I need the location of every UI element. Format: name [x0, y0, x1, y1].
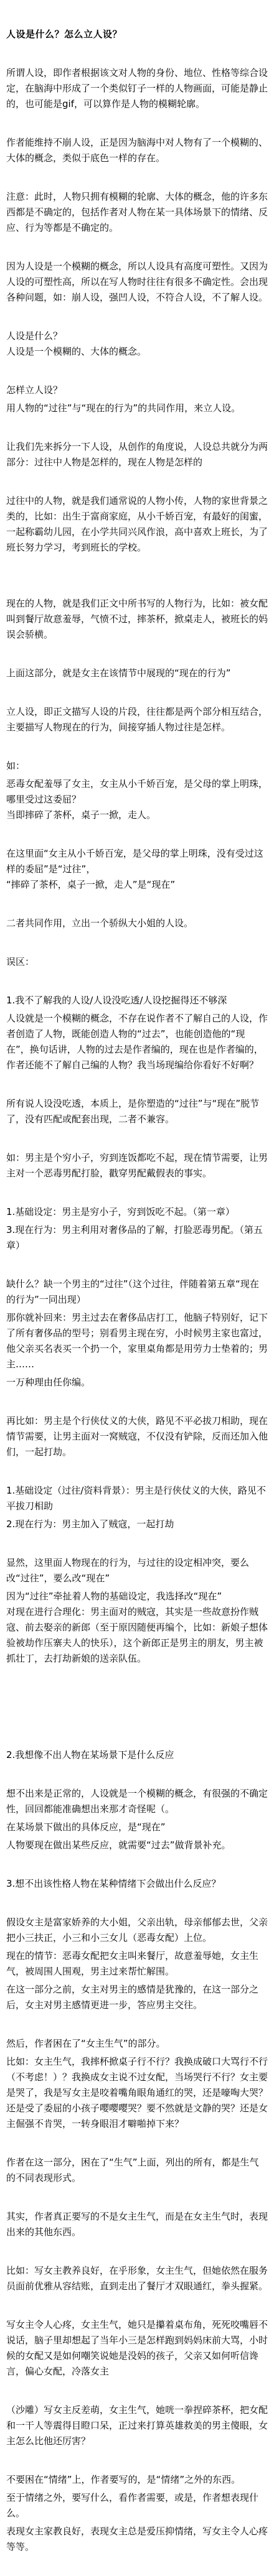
question-heading: 怎样立人设？: [6, 383, 268, 398]
paragraph: 在某场景下做出的具体反应，是“现在”: [6, 1820, 268, 1835]
question-heading: 人设是什么？: [6, 328, 268, 344]
paragraph: 比如：写女主教养良好，在乎形象，女主生气，但她依然在服务员面前优雅从容结账，直到…: [6, 2263, 268, 2294]
paragraph: 二者共同作用，立出一个骄纵大小姐的人设。: [6, 916, 268, 931]
paragraph: 过往中的人物，就是我们通常说的人物小传，人物的家世背景之类的，比如：出生于富商家…: [6, 493, 268, 556]
paragraph: 如：男主是个穷小子，穷到连饭都吃不起，现在情节需要，让男主对一个恶毒男配打脸，戳…: [6, 1150, 268, 1181]
paragraph: 所谓人设，即作者根据该文对人物的身份、地位、性格等综合设定，在脑海中形成了一个类…: [6, 65, 268, 112]
paragraph: 写女主令人心疼，女主生气，她只是攥着桌布角，死死咬嘴唇不说话，脑子里却想起了当年…: [6, 2317, 268, 2379]
paragraph: 显然，这里面人物现在的行为，与过往的设定相冲突，要么改“过往”，要么改“现在”: [6, 1555, 268, 1586]
paragraph: 比如：女主生气，我摔杯掀桌子行不行？我换成破口大骂行不行（不考虑！）？我换成女主…: [6, 2054, 268, 2132]
paragraph: 用人物的“过往”与“现在的行为”的共同作用，来立人设。: [6, 401, 268, 416]
paragraph: 人设是一个模糊的、大体的概念。: [6, 344, 268, 360]
paragraph: 其实，作者真正要写的不是女主生气，而是在女主生气时，表现出来的其他东西。: [6, 2209, 268, 2240]
paragraph: 上面这部分，就是女主在该情节中展现的“现在的行为”: [6, 666, 268, 681]
paragraph: 一万种理由任你编。: [6, 1375, 268, 1390]
paragraph: 所有说人设没吃透，本质上，是你塑造的“过往”与“现在”脱节了，没有匹配或配套出现…: [6, 1096, 268, 1127]
paragraph: 现在的情节：恶毒女配把女主叫来餐厅，故意羞辱她，女主生气，被周围人围观，男主过来…: [6, 1948, 268, 1979]
mistake-heading: 3.想不出该性格人物在某种情绪下会做出什么反应？: [6, 1876, 268, 1892]
paragraph: 在这一部分之前，女主对男主的感情是犹豫的，在这一部分之后，女主对男主感情更进一步…: [6, 1982, 268, 2013]
article-page: 人设是什么？怎么立人设？ 所谓人设，即作者根据该文对人物的身份、地位、性格等综合…: [0, 0, 274, 2576]
paragraph: “摔碎了茶杯，桌子一掀，走人”是“现在”: [6, 877, 268, 893]
mistake-heading: 2.我想像不出人物在某场景下是什么反应: [6, 1747, 268, 1763]
paragraph: 再比如：男主是个行侠仗义的大侠，路见不平必拔刀相助，现在情节需要，让男主面对一窝…: [6, 1413, 268, 1460]
paragraph: 表现女主家教良好，表现女主总是爱压抑情绪，写女主令人心疼等等。: [6, 2524, 268, 2555]
paragraph: 至于情绪之外，要写什么，看作者需要，或是，作者想表现什么。: [6, 2490, 268, 2521]
section-heading: 误区：: [6, 954, 268, 970]
paragraph: 恶毒女配羞辱了女主，女主从小千娇百宠，是父母的掌上明珠，哪里受过这委屈？: [6, 776, 268, 807]
paragraph: 立人设，即正文描写人设的片段，往往都是两个部分相互结合，主要描写人物现在的行为，…: [6, 704, 268, 735]
paragraph: 现在的人物，就是我们正文中所书写的人物行为，比如：被女配叫到餐厅故意羞辱，气愤不…: [6, 596, 268, 643]
paragraph: 在这里面“女主从小千娇百宠，是父母的掌上明珠，没有受过这样的委屈”是“过往”，: [6, 846, 268, 877]
paragraph: 假设女主是富家娇养的大小姐，父亲出轨，母亲郁郁去世，父亲把小三扶正，小三和小三女…: [6, 1915, 268, 1946]
paragraph: 人物要现在做出某些反应，就需要“过去”做背景补充。: [6, 1838, 268, 1853]
paragraph: 因为“过往”牵扯着人物的基础设定，我选择改“现在”: [6, 1589, 268, 1604]
list-item: 1.基础设定：男主是穷小子，穷到饭吃不起。（第一章）: [6, 1204, 268, 1220]
paragraph: 当即摔碎了茶杯，桌子一掀，走人。: [6, 807, 268, 823]
paragraph: 想不出来是正常的，人设就是一个模糊的概念，有很强的不确定性，回回都能准确想出来那…: [6, 1786, 268, 1817]
paragraph: 作者在这一部分，困在了“生气”上面，列出的所有，都是生气的不同表现形式。: [6, 2155, 268, 2186]
paragraph: 缺什么？缺一个男主的“过往”（这个过往，伴随着第五章“现在的行为”一同出现）: [6, 1276, 268, 1308]
list-item: 2.现在行为：男主加入了贼寇，一起打劫: [6, 1517, 268, 1532]
paragraph: 人设就是一个模糊的概念，不存在说作者不了解自己的人设，作者创造了人物，既能创造人…: [6, 1011, 268, 1073]
list-item: 3.现在行为：男主利用对奢侈品的了解，打脸恶毒男配。（第五章）: [6, 1222, 268, 1253]
paragraph: （沙雕）写女主反差萌，女主生气，她咣一拳捏碎茶杯，把女配和一干人等震得目瞪口呆，…: [6, 2402, 268, 2449]
paragraph: 不要困在“情绪”上，作者要写的，是“情绪”之外的东西。: [6, 2472, 268, 2488]
example-label: 如：: [6, 758, 268, 774]
paragraph: 因为人设是一个模糊的概念，所以人设具有高度可塑性。又因为人设的可塑性高，所以在写…: [6, 259, 268, 305]
paragraph: 那你就补回来：男主过去在奢侈品店打工，他脑子特别好，记下了所有奢侈品的型号；别看…: [6, 1310, 268, 1372]
paragraph: 注意：此时，人物只拥有模糊的轮廓、大体的概念，他的许多东西都是不确定的，包括作者…: [6, 189, 268, 236]
paragraph: 对现在进行合理化：男主面对的贼寇，其实是一些故意扮作贼寇、前去娶亲的新郎（至于原…: [6, 1604, 268, 1667]
paragraph: 让我们先来拆分一下人设，从创作的角度说，人设总共就分为两部分：过往中人物是怎样的…: [6, 439, 268, 470]
paragraph: 作者能维持不崩人设，正是因为脑海中对人物有了一个模糊的、大体的概念，类似于底色一…: [6, 135, 268, 166]
paragraph: 然后，作者困在了“女主生气”的部分。: [6, 2036, 268, 2052]
list-item: 1.基础设定（过往/资料背景）：男主是行侠仗义的大侠，路见不平拔刀相助: [6, 1483, 268, 1514]
mistake-heading: 1.我不了解我的人设/人设没吃透/人设挖掘得还不够深: [6, 993, 268, 1008]
page-title: 人设是什么？怎么立人设？: [6, 27, 268, 42]
